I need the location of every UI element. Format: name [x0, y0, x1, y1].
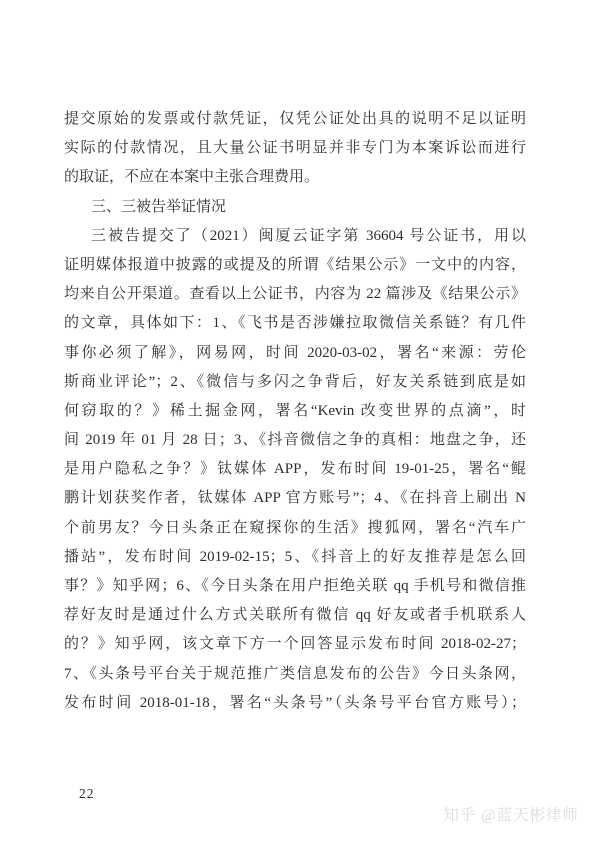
text-line: 均来自公开渠道。查看以上公证书，内容为 22 篇涉及《结果公示》	[64, 280, 526, 309]
text-line: 间 2019 年 01 月 28 日；3、《抖音微信之争的真相：地盘之争，还	[64, 426, 526, 455]
text-line: 7、《头条号平台关于规范推广类信息发布的公告》今日头条网，	[64, 660, 526, 689]
text-line: 荐好友时是通过什么方式关联所有微信 qq 好友或者手机联系人	[64, 601, 526, 630]
page-number: 22	[79, 786, 95, 802]
zhihu-watermark: 知乎 @蓝天彬律师	[443, 803, 579, 825]
document-page: 提交原始的发票或付款凭证，仅凭公证处出具的说明不足以证明 实际的付款情况，且大量…	[0, 0, 595, 842]
text-line: 何窃取的？》稀土掘金网，署名“Kevin 改变世界的点滴”，时	[64, 397, 526, 426]
text-line: 的？》知乎网，该文章下方一个回答显示发布时间 2018-02-27；	[64, 630, 526, 659]
text-line: 的文章，具体如下：1、《飞书是否涉嫌拉取微信关系链？有几件	[64, 309, 526, 338]
text-line: 个前男友？今日头条正在窥探你的生活》搜狐网，署名“汽车广	[64, 514, 526, 543]
section-heading: 三、三被告举证情况	[64, 193, 526, 222]
text-line: 的取证，不应在本案中主张合理费用。	[64, 163, 526, 192]
text-line: 提交原始的发票或付款凭证，仅凭公证处出具的说明不足以证明	[64, 105, 526, 134]
text-line: 鹏计划获奖作者，钛媒体 APP 官方账号”；4、《在抖音上刷出 N	[64, 484, 526, 513]
text-line: 证明媒体报道中披露的或提及的所谓《结果公示》一文中的内容，	[64, 251, 526, 280]
text-line: 事你必须了解》，网易网，时间 2020-03-02，署名“来源：劳伦	[64, 339, 526, 368]
text-line: 事？》知乎网；6、《今日头条在用户拒绝关联 qq 手机号和微信推	[64, 572, 526, 601]
text-line: 播站”，发布时间 2019-02-15；5、《抖音上的好友推荐是怎么回	[64, 543, 526, 572]
text-line: 是用户隐私之争？》钛媒体 APP，发布时间 19-01-25，署名“鲲	[64, 455, 526, 484]
text-line: 实际的付款情况，且大量公证书明显并非专门为本案诉讼而进行	[64, 134, 526, 163]
text-line: 发布时间 2018-01-18，署名“头条号”（头条号平台官方账号）；	[64, 689, 526, 718]
document-body: 提交原始的发票或付款凭证，仅凭公证处出具的说明不足以证明 实际的付款情况，且大量…	[64, 105, 526, 718]
text-line: 三被告提交了（2021）闽厦云证字第 36604 号公证书，用以	[64, 222, 526, 251]
text-line: 斯商业评论”；2、《微信与多闪之争背后，好友关系链到底是如	[64, 368, 526, 397]
